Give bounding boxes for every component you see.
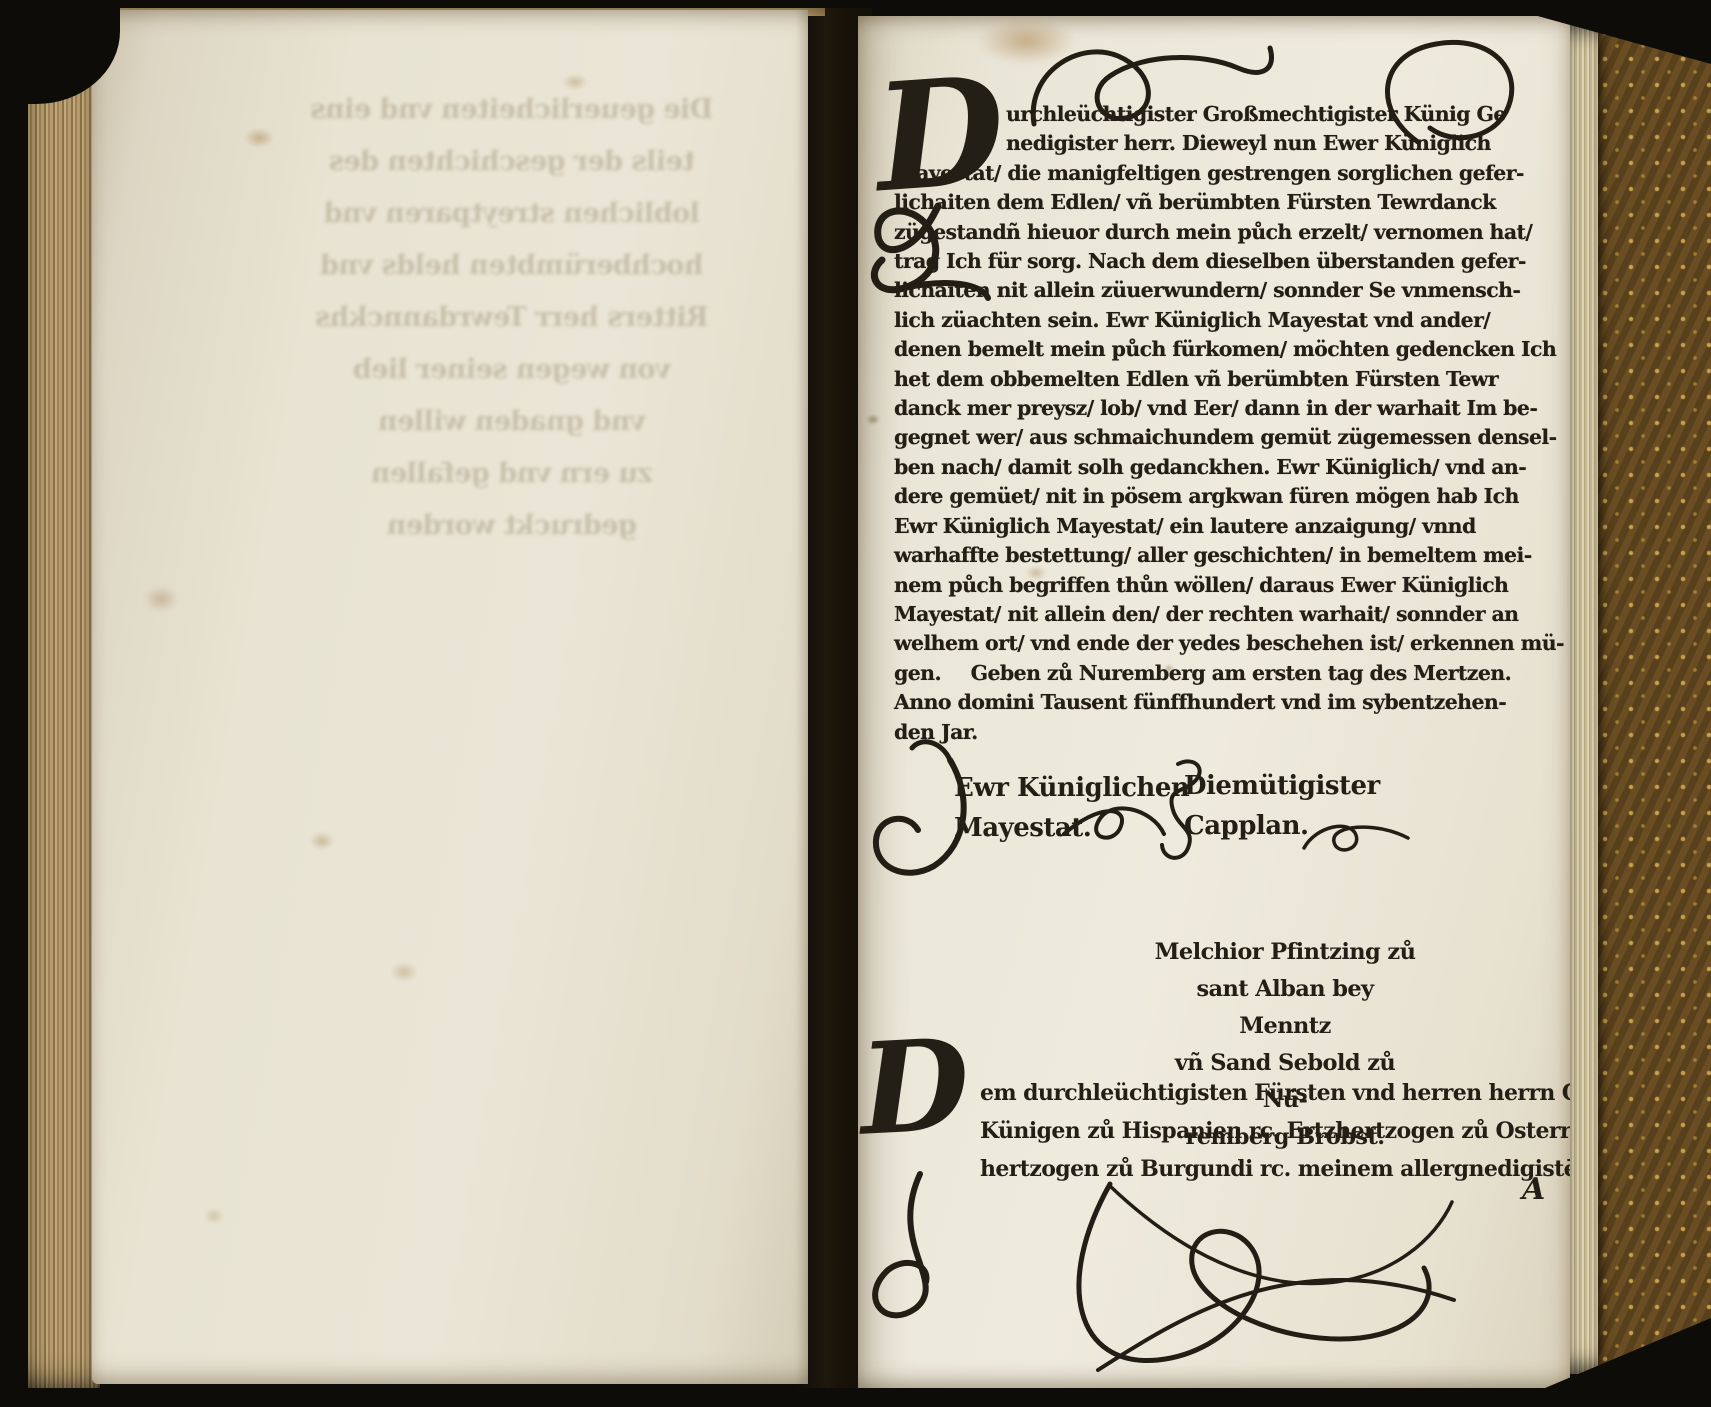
text-line: gen. Geben zů Nuremberg am ersten tag de… — [894, 659, 1428, 688]
text-line: nedigister herr. Dieweyl nun Ewer Künigl… — [894, 129, 1428, 158]
text-line: Diemütigister — [1184, 766, 1380, 806]
foxing-spot — [204, 1208, 224, 1224]
text-line: urchleüchtigister Großmechtigister Künig… — [894, 100, 1428, 129]
text-line: Mayestat. — [954, 808, 1189, 848]
text-line: den Jar. — [894, 718, 1428, 747]
text-line: ben nach/ damit solh gedanckhen. Ewr Kün… — [894, 453, 1428, 482]
text-line: Melchior Pfintzing zů — [1154, 934, 1416, 971]
text-line: hertzogen zů Burgundi rc. meinem allergn… — [876, 1150, 1554, 1188]
show-through-line: loblichen streytparen vnd — [242, 188, 782, 240]
backdrop — [0, 0, 28, 1407]
text-line: Ewr Küniglichen — [954, 768, 1189, 808]
backdrop — [0, 0, 1711, 8]
right-page: D urchleüchtigister Großmechtigister Kün… — [858, 16, 1570, 1388]
text-line: Künigen zů Hispanien rc. Ertzhertzogen z… — [876, 1112, 1554, 1150]
main-text-block: urchleüchtigister Großmechtigister Künig… — [894, 100, 1428, 747]
show-through-line: Ritters herr Tewrdannckhs — [242, 292, 782, 344]
backdrop — [0, 1388, 1711, 1407]
stain — [866, 414, 880, 425]
valediction-e-swash-icon — [876, 742, 964, 873]
text-line: warhaffte bestettung/ aller geschichten/… — [894, 541, 1428, 570]
show-through-line: vnd gnaden willen — [242, 396, 782, 448]
text-line: lich züachten sein. Ewr Küniglich Mayest… — [894, 306, 1428, 335]
foxing-spot — [310, 832, 334, 850]
book-photograph: Die geuerlicheiten vnd eins teils der ge… — [0, 0, 1711, 1407]
text-line: denen bemelt mein půch fürkomen/ möchten… — [894, 335, 1428, 364]
text-line: Mayestat/ die manigfeltigen gestrengen s… — [894, 159, 1428, 188]
valediction-right: Diemütigister Capplan. — [1184, 766, 1380, 846]
dedication-d-swash-icon — [875, 1174, 926, 1315]
dedication-block: em durchleüchtigisten Fürsten vnd herren… — [876, 1074, 1554, 1188]
valediction-left: Ewr Küniglichen Mayestat. — [954, 768, 1189, 848]
text-line: welhem ort/ vnd ende der yedes beschehen… — [894, 629, 1428, 658]
text-line: lichaiten nit allein züuerwundern/ sonnd… — [894, 276, 1428, 305]
fore-edge-pages — [1570, 22, 1600, 1374]
show-through-line: von wegen seiner lieb — [242, 344, 782, 396]
show-through-line: hochberümbten helds vnd — [242, 240, 782, 292]
foxing-spot — [144, 586, 178, 612]
text-line: nem půch begriffen thůn wöllen/ daraus E… — [894, 571, 1428, 600]
show-through-text: Die geuerlicheiten vnd eins teils der ge… — [242, 84, 782, 552]
bottom-flourish-icon — [1079, 1184, 1454, 1370]
signature-mark: A — [1522, 1172, 1545, 1207]
text-line: het dem obbemelten Edlen vñ berümbten Fü… — [894, 365, 1428, 394]
text-line: danck mer preysz/ lob/ vnd Eer/ dann in … — [894, 394, 1428, 423]
text-line: lichaiten dem Edlen/ vñ berümbten Fürste… — [894, 188, 1428, 217]
text-line: dere gemüet/ nit in pösem argkwan füren … — [894, 482, 1428, 511]
left-page: Die geuerlicheiten vnd eins teils der ge… — [92, 10, 808, 1384]
show-through-line: zu ern vnd gefallen — [242, 448, 782, 500]
text-line: Mayestat/ nit allein den/ der rechten wa… — [894, 600, 1428, 629]
foxing-spot — [390, 962, 418, 982]
show-through-line: Die geuerlicheiten vnd eins — [242, 84, 782, 136]
text-line: Anno domini Tausent fünffhundert vnd im … — [894, 688, 1428, 717]
book-cover-gilt — [1598, 0, 1711, 1407]
show-through-line: gedruckt worden — [242, 500, 782, 552]
page-stack-edge — [26, 4, 100, 1400]
text-line: em durchleüchtigisten Fürsten vnd herren… — [876, 1074, 1554, 1112]
text-line: gegnet wer/ aus schmaichundem gemüt züge… — [894, 423, 1428, 452]
text-line: Capplan. — [1184, 806, 1380, 846]
text-line: sant Alban bey Menntz — [1154, 971, 1416, 1045]
text-line: Ewr Küniglich Mayestat/ ein lautere anza… — [894, 512, 1428, 541]
text-line: zügestandñ hieuor durch mein půch erzelt… — [894, 218, 1428, 247]
text-line: trag Ich für sorg. Nach dem dieselben üb… — [894, 247, 1428, 276]
show-through-line: teils der geschichten des — [242, 136, 782, 188]
